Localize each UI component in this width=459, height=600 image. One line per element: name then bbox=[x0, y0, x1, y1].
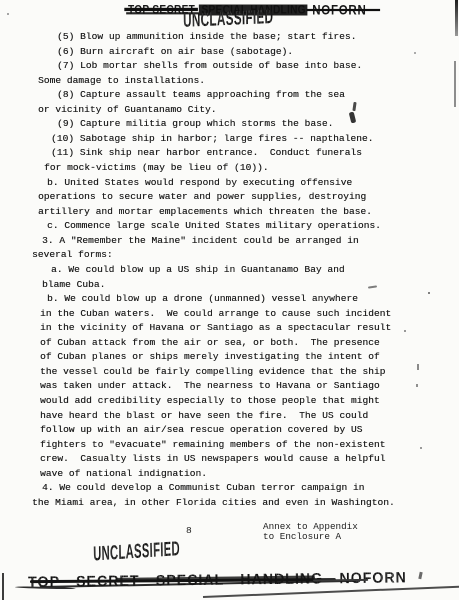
document-line: in the vicinity of Havana or Santiago as… bbox=[40, 322, 391, 333]
document-line: the vessel could be fairly compelling ev… bbox=[40, 366, 385, 377]
document-line: or vicinity of Guantanamo City. bbox=[38, 104, 216, 115]
document-line: b. United States would respond by execut… bbox=[47, 177, 352, 188]
document-line: operations to secure water and power sup… bbox=[38, 191, 366, 202]
document-line: a. We could blow up a US ship in Guantan… bbox=[51, 264, 345, 275]
document-line: Some damage to installations. bbox=[38, 75, 205, 86]
ink-mark bbox=[349, 112, 357, 124]
scan-speck bbox=[428, 292, 430, 294]
scan-speck bbox=[418, 572, 422, 579]
scan-speck bbox=[414, 52, 416, 54]
scan-edge-line bbox=[2, 573, 4, 600]
document-line: have heard the blast or have seen the fi… bbox=[40, 410, 368, 421]
document-line: would add credibility especially to thos… bbox=[40, 395, 380, 406]
document-line: (5) Blow up ammunition inside the base; … bbox=[57, 31, 356, 42]
strike-bar bbox=[307, 9, 380, 12]
document-line: 4. We could develop a Communist Cuban te… bbox=[42, 482, 364, 493]
scan-speck bbox=[420, 447, 422, 449]
scan-speck bbox=[404, 330, 406, 332]
classification-word-noforn: NOFORN bbox=[312, 2, 366, 17]
document-line: of Cuban planes or ships merely investig… bbox=[40, 351, 380, 362]
scan-speck bbox=[7, 13, 9, 15]
document-line: the Miami area, in other Florida cities … bbox=[32, 497, 395, 508]
scan-edge-line bbox=[455, 0, 458, 36]
document-line: blame Cuba. bbox=[42, 279, 105, 290]
document-line: (11) Sink ship near harbor entrance. Con… bbox=[51, 147, 362, 158]
document-line: (7) Lob mortar shells from outside of ba… bbox=[57, 60, 362, 71]
annex-reference: Annex to Appendixto Enclosure A bbox=[263, 522, 358, 541]
page-number: 8 bbox=[186, 525, 192, 536]
document-line: was taken under attack. The nearness to … bbox=[40, 380, 380, 391]
document-line: in the Cuban waters. We could arrange to… bbox=[40, 308, 391, 319]
scan-speck bbox=[368, 285, 377, 288]
document-line: 3. A "Remember the Maine" incident could… bbox=[42, 235, 359, 246]
ink-mark bbox=[352, 102, 356, 111]
document-line: follow up with an air/sea rescue operati… bbox=[40, 424, 362, 435]
document-line: fighters to "evacuate" remaining members… bbox=[40, 439, 385, 450]
document-line: crew. Casualty lists in US newspapers wo… bbox=[40, 453, 385, 464]
unclassified-stamp-bottom: UNCLASSIFIED bbox=[93, 538, 180, 566]
scan-speck bbox=[416, 384, 418, 387]
annex-reference-line: to Enclosure A bbox=[263, 531, 341, 542]
document-line: for mock-victims (may be lieu of (10)). bbox=[44, 162, 269, 173]
unclassified-stamp-top: UNCLASSIFIED bbox=[183, 6, 274, 32]
document-line: (8) Capture assault teams approaching fr… bbox=[57, 89, 345, 100]
document-line: c. Commence large scale United States mi… bbox=[47, 220, 381, 231]
document-line: artillery and mortar emplacements which … bbox=[38, 206, 372, 217]
document-line: of Cuban attack from the air or sea, or … bbox=[40, 337, 380, 348]
document-line: (9) Capture militia group which storms t… bbox=[57, 118, 333, 129]
document-line: wave of national indignation. bbox=[40, 468, 207, 479]
bottom-classification-banner: TOP SECRET SPECIAL HANDLING NOFORN bbox=[28, 569, 407, 592]
document-line: b. We could blow up a drone (unmanned) v… bbox=[47, 293, 358, 304]
document-line: (6) Burn aircraft on air base (sabotage)… bbox=[57, 46, 293, 57]
document-line: (10) Sabotage ship in harbor; large fire… bbox=[51, 133, 373, 144]
document-line: several forms: bbox=[32, 249, 113, 260]
scan-edge-line bbox=[454, 61, 456, 107]
scan-speck bbox=[417, 364, 419, 370]
scanned-document-page: TOP SECRET SPECIAL HANDLING NOFORN UNCLA… bbox=[0, 0, 459, 600]
